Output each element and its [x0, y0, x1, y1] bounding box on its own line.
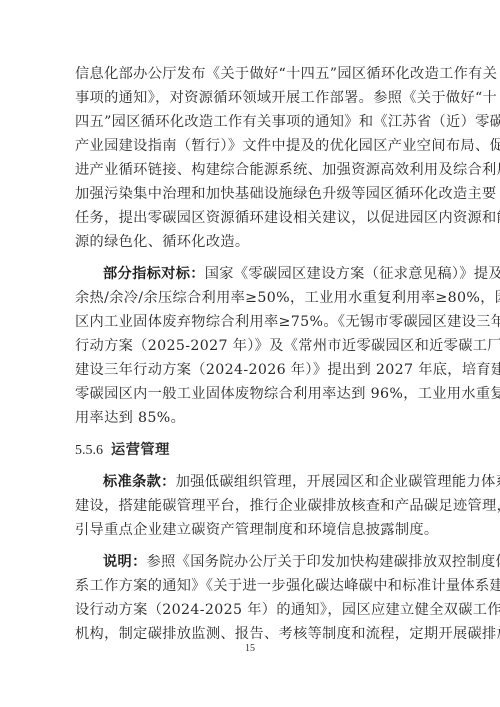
text-line: 区内工业固体废弃物综合利用率≥75%。《无锡市零碳园区建设三年 — [75, 310, 427, 334]
paragraph-label: 说明： — [103, 554, 147, 570]
text-line: 源的绿色化、循环化改造。 — [75, 230, 427, 254]
text-line: 产业园建设指南（暂行）》文件中提及的优化园区产业空间布局、促 — [75, 134, 427, 158]
text-line: 加强污染集中治理和加快基础设施绿色升级等园区循环化改造主要 — [75, 182, 427, 206]
document-body: 信息化部办公厅发布《关于做好“十四五”园区循环化改造工作有关 事项的通知》，对资… — [75, 62, 427, 646]
paragraph-gap — [75, 462, 427, 470]
text-line: 标准条款：加强低碳组织管理，开展园区和企业碳管理能力体系 — [75, 470, 427, 494]
document-page: 信息化部办公厅发布《关于做好“十四五”园区循环化改造工作有关 事项的通知》，对资… — [0, 0, 500, 707]
text-line: 信息化部办公厅发布《关于做好“十四五”园区循环化改造工作有关 — [75, 62, 427, 86]
text-run: 参照《国务院办公厅关于印发加快构建碳排放双控制度体 — [147, 554, 500, 570]
section-heading: 5.5.6运营管理 — [75, 438, 427, 462]
page-number: 15 — [0, 643, 500, 654]
paragraph-label: 标准条款： — [103, 474, 176, 490]
paragraph-standard-clause: 标准条款：加强低碳组织管理，开展园区和企业碳管理能力体系 建设，搭建能碳管理平台… — [75, 470, 427, 542]
text-line: 余热/余冷/余压综合利用率≥50%，工业用水重复利用率≥80%，园 — [75, 286, 427, 310]
text-line: 进产业循环链接、构建综合能源系统、加强资源高效利用及综合利用、 — [75, 158, 427, 182]
paragraph-gap — [75, 430, 427, 438]
text-line: 建设，搭建能碳管理平台，推行企业碳排放核查和产品碳足迹管理， — [75, 494, 427, 518]
text-line: 用率达到 85%。 — [75, 406, 427, 430]
text-line: 事项的通知》，对资源循环领域开展工作部署。参照《关于做好“十 — [75, 86, 427, 110]
text-line: 设行动方案（2024-2025 年）的通知》，园区应建立健全双碳工作组织 — [75, 598, 427, 622]
paragraph-gap — [75, 254, 427, 262]
text-line: 引导重点企业建立碳资产管理制度和环境信息披露制度。 — [75, 518, 427, 542]
text-line: 系工作方案的通知》《关于进一步强化碳达峰碳中和标准计量体系建 — [75, 574, 427, 598]
text-line: 部分指标对标：国家《零碳园区建设方案（征求意见稿）》提及 — [75, 262, 427, 286]
paragraph-label: 部分指标对标： — [103, 266, 205, 282]
section-number: 5.5.6 — [75, 443, 103, 458]
paragraph-indicator-benchmark: 部分指标对标：国家《零碳园区建设方案（征求意见稿）》提及 余热/余冷/余压综合利… — [75, 262, 427, 430]
text-line: 任务，提出零碳园区资源循环建设相关建议，以促进园区内资源和能 — [75, 206, 427, 230]
text-run: 国家《零碳园区建设方案（征求意见稿）》提及 — [205, 266, 500, 282]
text-run: 加强低碳组织管理，开展园区和企业碳管理能力体系 — [176, 474, 500, 490]
text-line: 建设三年行动方案（2024-2026 年）》提出到 2027 年底，培育建设的 — [75, 358, 427, 382]
text-line: 零碳园区内一般工业固体废物综合利用率达到 96%，工业用水重复利 — [75, 382, 427, 406]
text-line: 四五”园区循环化改造工作有关事项的通知》和《江苏省（近）零碳 — [75, 110, 427, 134]
paragraph-gap — [75, 542, 427, 550]
section-title: 运营管理 — [111, 442, 170, 458]
paragraph-explanation: 说明：参照《国务院办公厅关于印发加快构建碳排放双控制度体 系工作方案的通知》《关… — [75, 550, 427, 646]
text-line: 说明：参照《国务院办公厅关于印发加快构建碳排放双控制度体 — [75, 550, 427, 574]
text-line: 行动方案（2025-2027 年）》及《常州市近零碳园区和近零碳工厂试点 — [75, 334, 427, 358]
paragraph-recycling-context: 信息化部办公厅发布《关于做好“十四五”园区循环化改造工作有关 事项的通知》，对资… — [75, 62, 427, 254]
